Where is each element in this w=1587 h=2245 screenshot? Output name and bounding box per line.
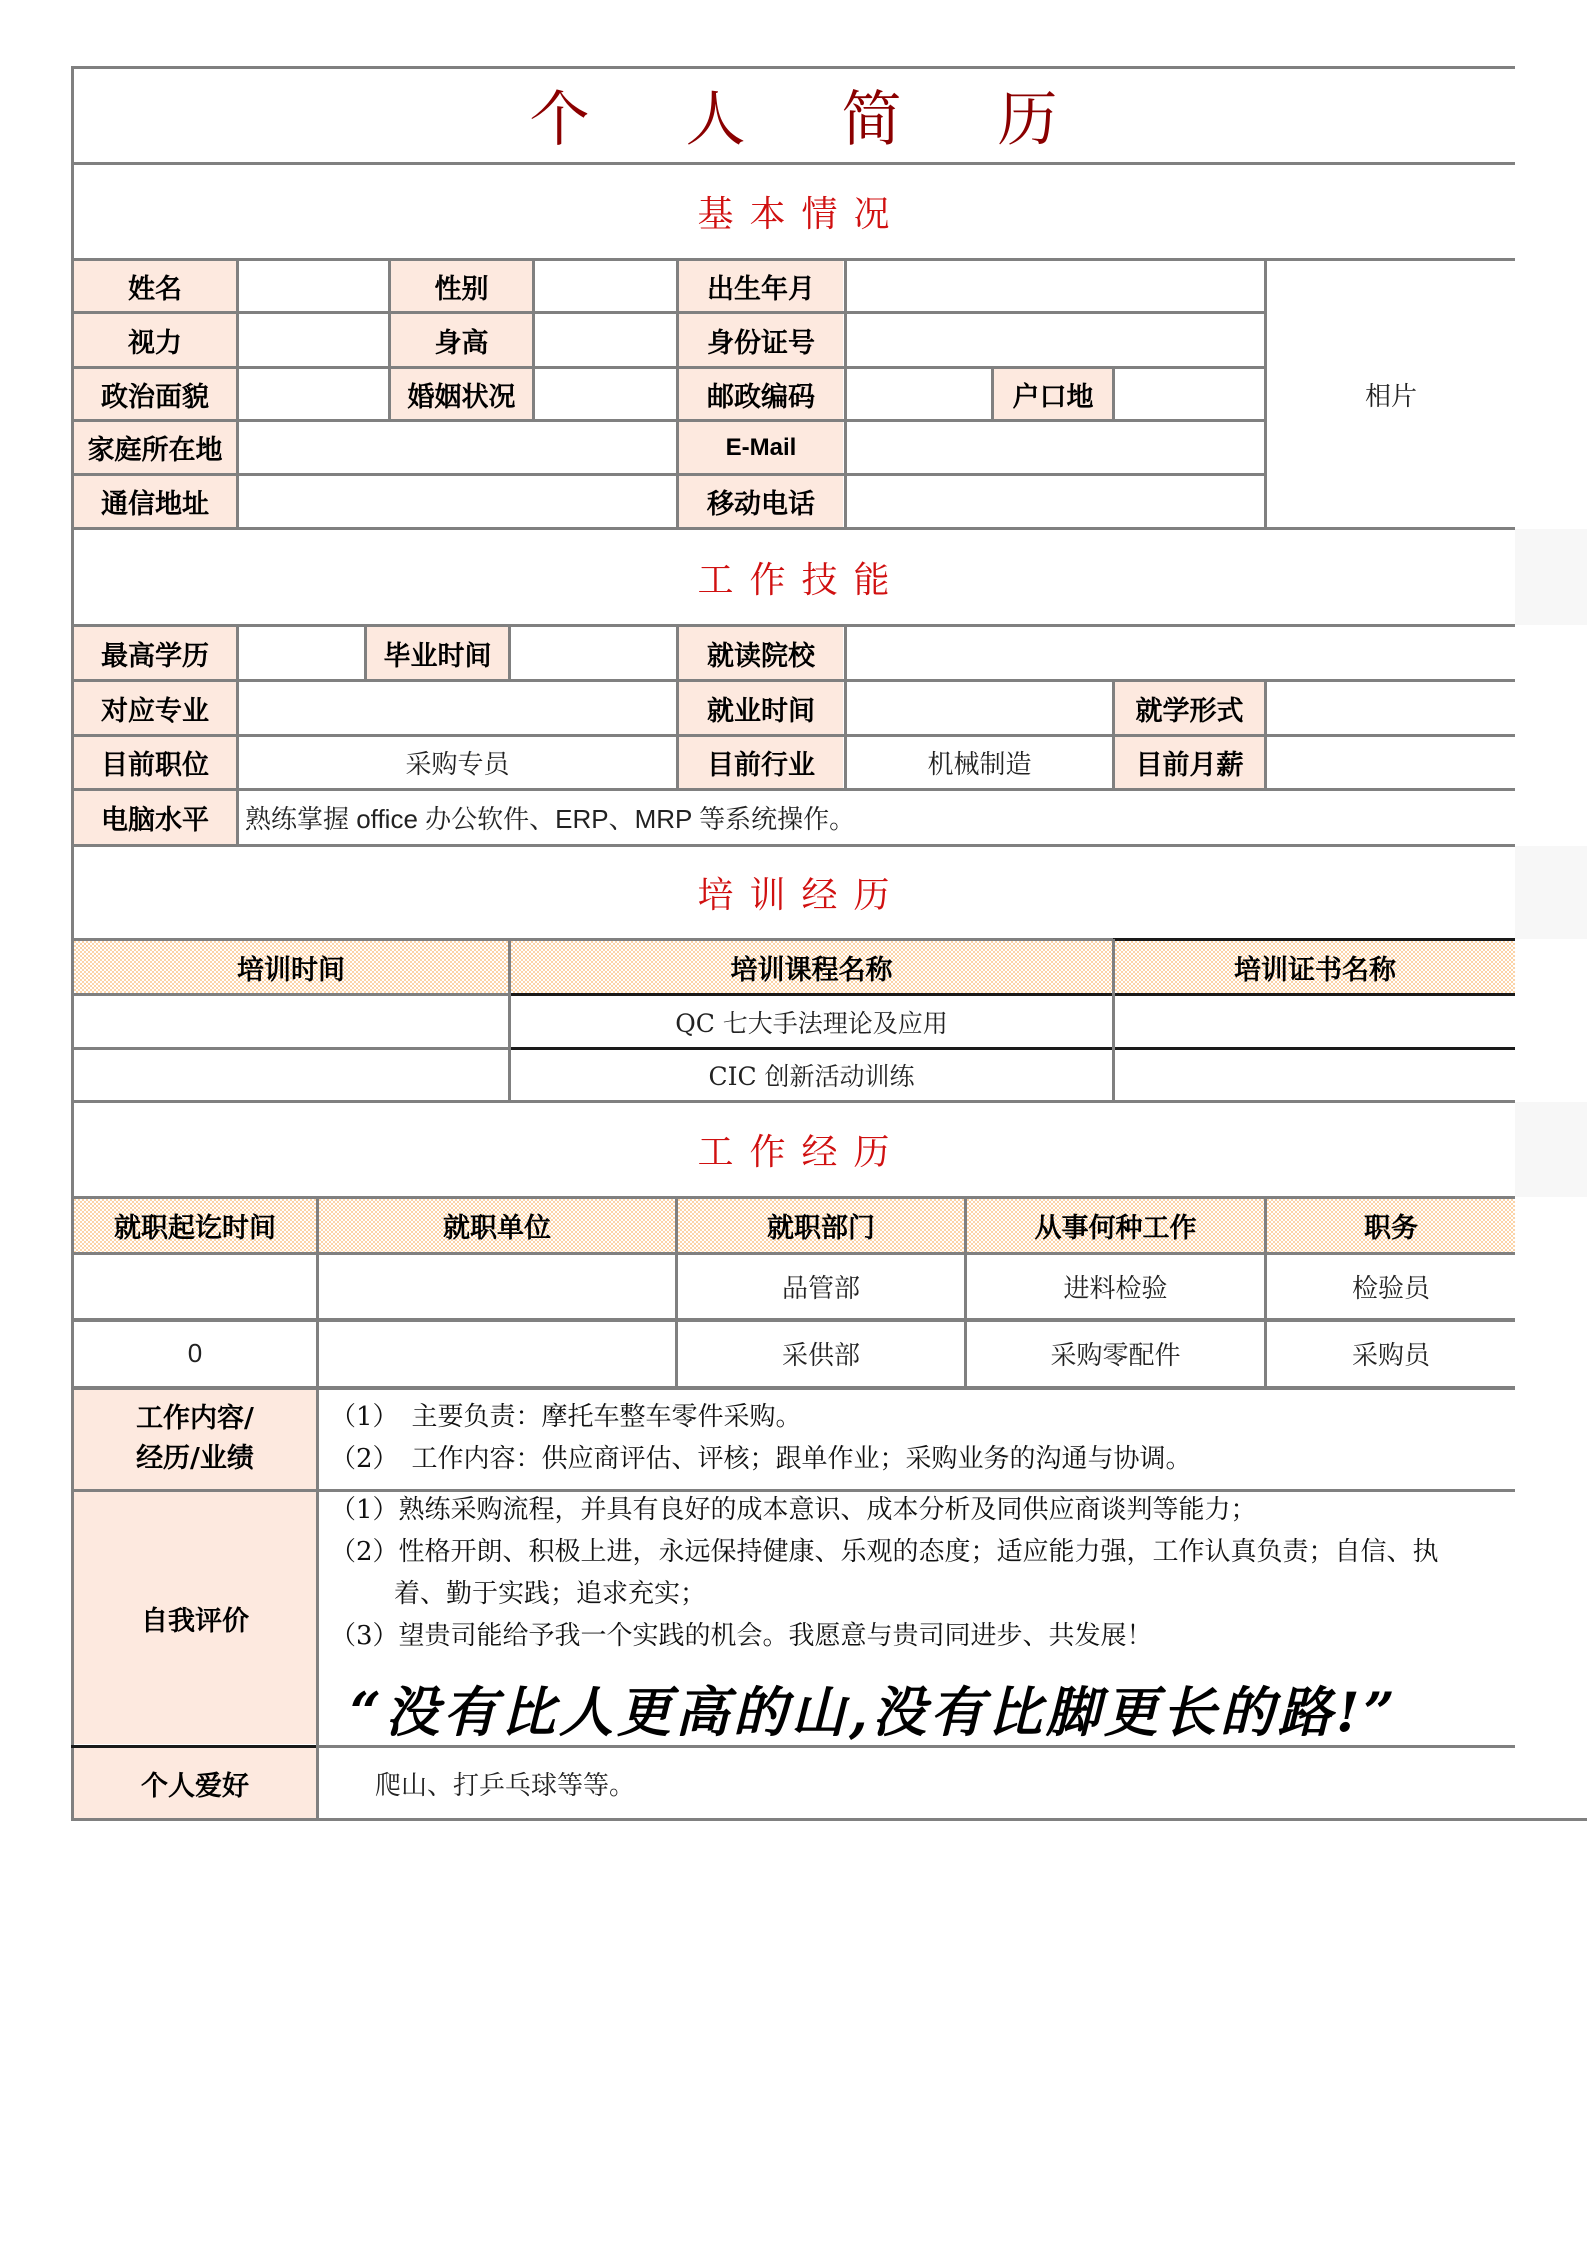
row-divider xyxy=(71,1745,317,1748)
marital-status-value[interactable] xyxy=(535,369,676,419)
section-char: 培 xyxy=(697,867,733,918)
work-company-cell[interactable] xyxy=(319,1321,675,1386)
email-label: E-Mail xyxy=(679,422,843,473)
section-char: 工 xyxy=(697,552,733,603)
col-divider xyxy=(532,259,535,420)
training-certificate-cell[interactable] xyxy=(1115,996,1515,1047)
row-divider xyxy=(71,844,1515,847)
work-period-cell[interactable] xyxy=(74,1255,316,1318)
section-char: 能 xyxy=(854,552,890,603)
title-char: 个 xyxy=(530,72,590,158)
current-position-value[interactable]: 采购专员 xyxy=(239,737,676,788)
home-location-label: 家庭所在地 xyxy=(74,422,236,473)
col-divider xyxy=(844,625,847,789)
training-certificate-cell[interactable] xyxy=(1115,1050,1515,1100)
computer-level-value[interactable]: 熟练掌握 office 办公软件、ERP、MRP 等系统操作。 xyxy=(239,791,1515,844)
col-divider xyxy=(964,1197,967,1387)
col-divider xyxy=(1264,680,1267,789)
current-position-label: 目前职位 xyxy=(74,737,236,788)
id-number-label: 身份证号 xyxy=(679,314,843,366)
row-divider xyxy=(71,1047,511,1050)
col-divider xyxy=(991,367,994,420)
col-divider xyxy=(676,625,679,789)
row-divider xyxy=(71,473,1266,476)
work-content-label-line: 工作内容/ xyxy=(136,1399,254,1439)
section-char: 本 xyxy=(749,186,785,237)
employment-time-value[interactable] xyxy=(847,682,1112,734)
political-status-value[interactable] xyxy=(239,369,388,419)
section-training: 培训经历 xyxy=(72,846,1515,939)
row-divider xyxy=(71,162,1515,165)
work-header-job: 从事何种工作 xyxy=(967,1199,1264,1252)
work-content-label: 工作内容/ 经历/业绩 xyxy=(74,1389,316,1489)
margin-band xyxy=(1515,846,1587,939)
row-divider xyxy=(71,1252,1515,1255)
training-time-cell[interactable] xyxy=(74,1050,508,1100)
title-char: 人 xyxy=(686,72,746,158)
work-content-line: （2） 工作内容：供应商评估、评核；跟单作业；采购业务的沟通与协调。 xyxy=(330,1438,1192,1480)
name-label: 姓名 xyxy=(74,261,236,311)
home-location-value[interactable] xyxy=(239,422,676,473)
mobile-label: 移动电话 xyxy=(679,476,843,527)
row-divider xyxy=(71,258,1515,261)
major-label: 对应专业 xyxy=(74,682,236,734)
title-char: 简 xyxy=(842,72,902,158)
section-work-skills: 工作技能 xyxy=(72,529,1515,625)
row-divider xyxy=(71,366,1266,369)
row-divider xyxy=(71,1100,1515,1103)
margin-band xyxy=(1515,1102,1587,1197)
section-char: 作 xyxy=(749,1124,785,1175)
birth-value[interactable] xyxy=(847,261,1264,311)
self-evaluation-line: （2）性格开朗、积极上进，永远保持健康、乐观的态度；适应能力强，工作认真负责；自… xyxy=(330,1531,1439,1573)
col-divider xyxy=(1264,1197,1267,1387)
work-content-label-line: 经历/业绩 xyxy=(136,1439,254,1479)
email-value[interactable] xyxy=(847,422,1264,473)
training-header-time: 培训时间 xyxy=(74,941,508,993)
work-title-cell[interactable]: 采购员 xyxy=(1267,1321,1515,1386)
school-value[interactable] xyxy=(847,627,1515,679)
col-divider xyxy=(1264,259,1267,528)
col-divider xyxy=(508,625,511,680)
current-salary-value[interactable] xyxy=(1267,737,1515,788)
section-char: 况 xyxy=(854,186,890,237)
computer-level-label: 电脑水平 xyxy=(74,791,236,844)
row-divider xyxy=(509,1047,1515,1050)
training-time-cell[interactable] xyxy=(74,996,508,1047)
work-job-cell[interactable]: 进料检验 xyxy=(967,1255,1264,1318)
col-divider xyxy=(676,259,679,528)
section-char: 历 xyxy=(854,867,890,918)
row-divider xyxy=(71,66,1515,69)
postal-code-label: 邮政编码 xyxy=(679,369,843,419)
col-divider xyxy=(1112,939,1115,1101)
row-divider xyxy=(1113,938,1515,941)
col-divider xyxy=(316,1197,319,1387)
postal-code-value[interactable] xyxy=(847,369,991,419)
vision-label: 视力 xyxy=(74,314,236,366)
training-course-cell[interactable]: QC 七大手法理论及应用 xyxy=(511,996,1112,1047)
col-divider xyxy=(364,625,367,680)
mailing-address-label: 通信地址 xyxy=(74,476,236,527)
row-divider xyxy=(71,679,1515,682)
self-evaluation-line: （1）熟练采购流程，并具有良好的成本意识、成本分析及同供应商谈判等能力； xyxy=(330,1489,1439,1531)
work-title-cell[interactable]: 检验员 xyxy=(1267,1255,1515,1318)
work-content-text: （1） 主要负责：摩托车整车零件采购。 （2） 工作内容：供应商评估、评核；跟单… xyxy=(330,1396,1192,1480)
id-number-value[interactable] xyxy=(847,314,1264,366)
row-divider xyxy=(71,788,1515,791)
col-divider xyxy=(388,259,391,420)
row-divider xyxy=(71,1318,1515,1322)
row-divider xyxy=(71,1818,1587,1821)
col-divider xyxy=(675,1197,678,1387)
col-divider xyxy=(1112,367,1115,420)
section-char: 经 xyxy=(802,867,838,918)
row-divider xyxy=(71,527,1515,530)
birth-label: 出生年月 xyxy=(679,261,843,311)
margin-band xyxy=(1515,529,1587,625)
work-job-cell[interactable]: 采购零配件 xyxy=(967,1321,1264,1386)
training-header-course: 培训课程名称 xyxy=(511,941,1112,993)
row-divider xyxy=(71,1489,1515,1492)
photo-placeholder[interactable]: 相片 xyxy=(1267,261,1515,528)
education-label: 最高学历 xyxy=(74,627,236,679)
row-divider xyxy=(71,311,1266,314)
table-border-left xyxy=(71,67,74,1821)
section-char: 训 xyxy=(749,867,785,918)
motto-quote: “没有比人更高的山,没有比脚更长的路!” xyxy=(350,1670,1399,1747)
current-industry-value[interactable]: 机械制造 xyxy=(847,737,1112,788)
major-value[interactable] xyxy=(239,682,676,734)
study-form-value[interactable] xyxy=(1267,682,1515,734)
work-content-line: （1） 主要负责：摩托车整车零件采购。 xyxy=(330,1396,1192,1438)
mailing-address-value[interactable] xyxy=(239,476,676,527)
work-header-period: 就职起讫时间 xyxy=(74,1199,316,1252)
row-divider xyxy=(71,993,511,996)
current-salary-label: 目前月薪 xyxy=(1115,737,1264,788)
work-header-department: 就职部门 xyxy=(678,1199,964,1252)
self-evaluation-line: （3）望贵司能给予我一个实践的机会。我愿意与贵司同进步、共发展！ xyxy=(330,1615,1439,1657)
section-char: 情 xyxy=(802,186,838,237)
row-divider xyxy=(71,1386,1515,1390)
hukou-value[interactable] xyxy=(1115,369,1264,419)
col-divider xyxy=(316,1387,319,1819)
gender-label: 性别 xyxy=(391,261,532,311)
title-char: 历 xyxy=(998,72,1058,158)
current-industry-label: 目前行业 xyxy=(679,737,843,788)
row-divider xyxy=(71,938,1113,941)
hobbies-label: 个人爱好 xyxy=(74,1748,316,1818)
work-company-cell[interactable] xyxy=(319,1255,675,1318)
section-char: 技 xyxy=(802,552,838,603)
hukou-label: 户口地 xyxy=(994,369,1112,419)
training-header-certificate: 培训证书名称 xyxy=(1115,941,1515,993)
section-char: 作 xyxy=(749,552,785,603)
section-work-experience: 工作经历 xyxy=(72,1102,1515,1197)
name-value[interactable] xyxy=(239,261,388,311)
training-course-cell[interactable]: CIC 创新活动训练 xyxy=(511,1050,1112,1100)
self-evaluation-line: 着、勤于实践；追求充实； xyxy=(330,1573,1439,1615)
marital-status-label: 婚姻状况 xyxy=(391,369,532,419)
col-divider xyxy=(236,259,239,528)
mobile-value[interactable] xyxy=(847,476,1264,527)
political-status-label: 政治面貌 xyxy=(74,369,236,419)
self-evaluation-label: 自我评价 xyxy=(74,1492,316,1744)
work-department-cell[interactable]: 品管部 xyxy=(678,1255,964,1318)
school-label: 就读院校 xyxy=(679,627,843,679)
height-label: 身高 xyxy=(391,314,532,366)
row-divider xyxy=(71,1196,1515,1199)
graduation-time-value[interactable] xyxy=(511,627,676,679)
section-basic-info: 基本情况 xyxy=(72,163,1515,259)
page-title: 个人简历 xyxy=(72,67,1515,163)
col-divider xyxy=(1112,680,1115,789)
work-period-cell[interactable]: 0 xyxy=(74,1321,316,1386)
height-value[interactable] xyxy=(535,314,676,366)
col-divider xyxy=(508,939,511,1101)
row-divider xyxy=(71,734,1515,737)
self-evaluation-text: （1）熟练采购流程，并具有良好的成本意识、成本分析及同供应商谈判等能力； （2）… xyxy=(330,1489,1439,1657)
graduation-time-label: 毕业时间 xyxy=(367,627,508,679)
employment-time-label: 就业时间 xyxy=(679,682,843,734)
study-form-label: 就学形式 xyxy=(1115,682,1264,734)
col-divider xyxy=(844,259,847,528)
row-divider xyxy=(509,993,1515,996)
education-value[interactable] xyxy=(239,627,364,679)
section-char: 基 xyxy=(697,186,733,237)
hobbies-value[interactable]: 爬山、打乒乓球等等。 xyxy=(319,1748,1515,1818)
row-divider xyxy=(71,624,1515,627)
work-header-title: 职务 xyxy=(1267,1199,1515,1252)
section-char: 经 xyxy=(802,1124,838,1175)
vision-value[interactable] xyxy=(239,314,388,366)
row-divider xyxy=(317,1745,1515,1748)
section-char: 历 xyxy=(854,1124,890,1175)
row-divider xyxy=(71,419,1266,422)
col-divider xyxy=(236,625,239,845)
work-department-cell[interactable]: 采供部 xyxy=(678,1321,964,1386)
section-char: 工 xyxy=(697,1124,733,1175)
work-header-company: 就职单位 xyxy=(319,1199,675,1252)
gender-value[interactable] xyxy=(535,261,676,311)
